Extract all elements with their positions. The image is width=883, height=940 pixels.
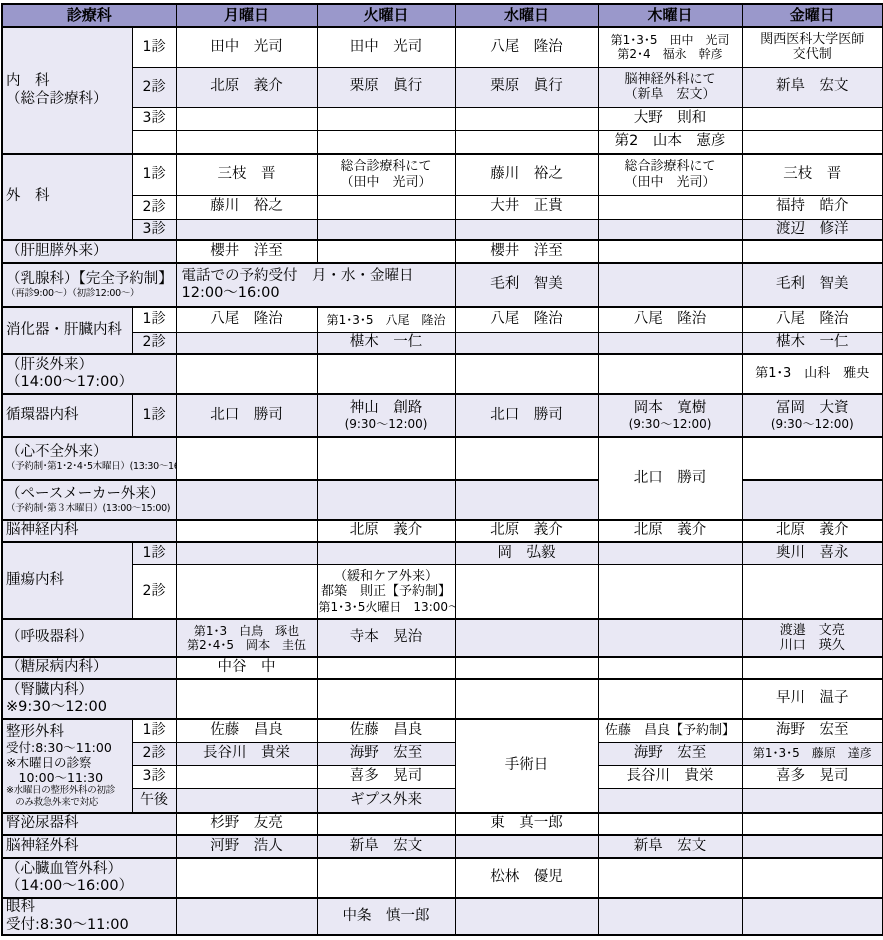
table-row: 2診北原 義介栗原 眞行栗原 眞行脳神経外科にて（新阜 宏文）新阜 宏文 (2, 67, 883, 107)
schedule-cell: 東 真一郎 (455, 813, 598, 835)
schedule-cell: 河野 浩人 (176, 835, 317, 858)
schedule-cell: 三枝 晋 (742, 154, 883, 195)
schedule-cell: 藤川 裕之 (176, 195, 317, 219)
schedule-cell (176, 520, 317, 542)
schedule-cell: 長谷川 貴栄 (598, 765, 742, 788)
cell-line: 第2 山本 憲彦 (600, 133, 741, 150)
schedule-cell (598, 858, 742, 898)
cell-line: 1診 (134, 39, 175, 56)
cell-line: (9:30～12:00) (600, 417, 741, 431)
cell-line: 北原 義介 (319, 522, 454, 539)
schedule-cell: 佐藤 昌良【予約制】 (598, 719, 742, 742)
schedule-cell: 佐藤 昌良 (176, 719, 317, 742)
cell-line: 杉野 友亮 (178, 815, 316, 832)
slot-label-cell: 1診 (132, 27, 176, 67)
cell-line: 第1･3 白鳥 琢也 (178, 624, 316, 638)
cell-line: 交代制 (744, 47, 882, 62)
table-row: 脳神経内科北原 義介北原 義介北原 義介北原 義介 (2, 520, 883, 542)
cell-line: 腫瘍内科 (6, 572, 131, 589)
table-row: 第2 山本 憲彦 (2, 130, 883, 154)
slot-label-cell: 1診 (132, 542, 176, 564)
cell-line: 中谷 中 (178, 659, 316, 676)
cell-line: 岡 弘毅 (457, 545, 597, 562)
schedule-cell: 長谷川 貴栄 (176, 742, 317, 765)
cell-line: 脳神経外科 (6, 838, 175, 855)
cell-line: 新阜 宏文 (319, 838, 454, 855)
schedule-cell (455, 564, 598, 619)
cell-line: 2診 (134, 583, 175, 600)
cell-line: 北口 勝司 (178, 407, 316, 424)
schedule-cell: 藤川 裕之 (455, 154, 598, 195)
table-row: 循環器内科1診北口 勝司神山 創路(9:30～12:00)北口 勝司岡本 寛樹(… (2, 394, 883, 437)
cell-line: 2診 (134, 79, 175, 96)
cell-line: 八尾 隆治 (178, 311, 316, 328)
cell-line: 北原 義介 (744, 522, 882, 539)
cell-line: 椹木 一仁 (744, 334, 882, 351)
cell-line: 東 真一郎 (457, 815, 597, 832)
schedule-cell: 松林 優児 (455, 858, 598, 898)
schedule-cell: 新阜 宏文 (317, 835, 455, 858)
cell-line: 2診 (134, 745, 175, 762)
schedule-cell (598, 354, 742, 394)
department-cell: 消化器・肝臓内科 (2, 307, 132, 354)
cell-line: 長谷川 貴栄 (178, 745, 316, 762)
slot-label-cell: 1診 (132, 394, 176, 437)
cell-line: （心不全外来） (6, 444, 175, 461)
cell-line: 第1･3･5 田中 光司 (600, 33, 741, 47)
cell-line: （田中 光司） (600, 175, 741, 190)
schedule-cell (598, 263, 742, 307)
schedule-cell (742, 813, 883, 835)
cell-line: （乳腺科）【完全予約制】 (6, 271, 175, 288)
schedule-cell: 手術日 (455, 719, 598, 813)
schedule-cell: 第1･3 山科 雅央 (742, 354, 883, 394)
cell-line: 総合診療科にて (319, 159, 454, 174)
cell-line: 総合診療科にて (600, 159, 741, 174)
schedule-cell: 総合診療科にて（田中 光司） (317, 154, 455, 195)
table-row: （肝炎外来）（14:00～17:00）第1･3 山科 雅央 (2, 354, 883, 394)
slot-label-cell (132, 130, 176, 154)
schedule-cell (742, 564, 883, 619)
cell-line: 八尾 隆治 (457, 311, 597, 328)
schedule-cell (598, 898, 742, 935)
table-row: 腎泌尿器科杉野 友亮東 真一郎 (2, 813, 883, 835)
schedule-cell (176, 332, 317, 354)
cell-line: （糖尿病内科） (6, 659, 175, 676)
cell-line: 喜多 晃司 (319, 768, 454, 785)
cell-line: 北原 義介 (457, 522, 597, 539)
schedule-cell (455, 619, 598, 657)
schedule-cell (317, 679, 455, 719)
schedule-cell: 電話での予約受付 月・水・金曜日12:00～16:00 (176, 263, 455, 307)
cell-line: （田中 光司） (319, 175, 454, 190)
cell-line: 3診 (134, 221, 175, 238)
table-row: （ペースメーカー外来）（予約制･第３木曜日）(13:00～15:00) (2, 480, 883, 520)
cell-line: （ペースメーカー外来） (6, 486, 175, 503)
schedule-cell (455, 898, 598, 935)
cell-line: 北口 勝司 (457, 407, 597, 424)
schedule-cell (598, 219, 742, 240)
schedule-cell (455, 480, 598, 520)
cell-line: ※水曜日の整形外科の初診 (6, 785, 131, 796)
schedule-cell: 椹木 一仁 (742, 332, 883, 354)
cell-line: （心臓血管外科） (6, 861, 175, 878)
schedule-cell (317, 240, 455, 263)
cell-line: （予約制･第３木曜日）(13:00～15:00) (6, 503, 175, 514)
slot-label-cell: 2診 (132, 332, 176, 354)
schedule-cell (742, 107, 883, 130)
schedule-cell: 中谷 中 (176, 657, 317, 679)
cell-line: 藤川 裕之 (457, 166, 597, 183)
cell-line: ※9:30～12:00 (6, 699, 175, 716)
cell-line: 八尾 隆治 (600, 311, 741, 328)
slot-label-cell: 午後 (132, 788, 176, 813)
schedule-cell: 北原 義介 (598, 520, 742, 542)
department-cell: （糖尿病内科） (2, 657, 176, 679)
schedule-cell (455, 657, 598, 679)
schedule-cell: 北口 勝司 (176, 394, 317, 437)
schedule-cell: 佐藤 昌良 (317, 719, 455, 742)
cell-line: 神山 創路 (319, 400, 454, 417)
cell-line: ※木曜日の診察 (6, 756, 131, 771)
cell-line: 北原 義介 (178, 78, 316, 95)
schedule-cell (598, 542, 742, 564)
department-cell: 外 科 (2, 154, 132, 240)
department-cell: 眼科受付:8:30～11:00 (2, 898, 176, 935)
schedule-cell: 杉野 友亮 (176, 813, 317, 835)
slot-label-cell: 1診 (132, 719, 176, 742)
column-header: 火曜日 (317, 4, 455, 27)
schedule-cell (742, 657, 883, 679)
schedule-cell (742, 898, 883, 935)
cell-line: 整形外科 (6, 724, 131, 741)
schedule-cell (455, 679, 598, 719)
table-row: 内 科（総合診療科）1診田中 光司田中 光司八尾 隆治第1･3･5 田中 光司第… (2, 27, 883, 67)
cell-line: 大野 則和 (600, 110, 741, 127)
schedule-cell (598, 813, 742, 835)
schedule-cell (742, 130, 883, 154)
cell-line: 第1･3･5 八尾 隆治 (319, 313, 454, 327)
cell-line: 八尾 隆治 (457, 39, 597, 56)
cell-line: 椹木 一仁 (319, 334, 454, 351)
cell-line: 3診 (134, 768, 175, 785)
cell-line: 1診 (134, 722, 175, 739)
department-cell: （肝胆膵外来） (2, 240, 176, 263)
schedule-cell: 八尾 隆治 (455, 307, 598, 332)
cell-line: （呼吸器科） (6, 629, 175, 646)
department-cell: （心臓血管外科）（14:00～16:00） (2, 858, 176, 898)
cell-line: 第2･4･5 岡本 圭伍 (178, 638, 316, 652)
cell-line: 脳神経外科にて (600, 72, 741, 87)
schedule-cell (742, 835, 883, 858)
cell-line: 脳神経内科 (6, 522, 175, 539)
schedule-cell: 田中 光司 (176, 27, 317, 67)
schedule-cell: 第1･3･5 八尾 隆治 (317, 307, 455, 332)
schedule-cell (317, 480, 455, 520)
schedule-cell: 岡 弘毅 (455, 542, 598, 564)
table-row: 脳神経外科河野 浩人新阜 宏文新阜 宏文 (2, 835, 883, 858)
cell-line: （総合診療科） (6, 91, 131, 108)
schedule-cell (317, 437, 455, 480)
cell-line: 海野 宏至 (319, 745, 454, 762)
schedule-cell: 渡辺 修洋 (742, 219, 883, 240)
table-row: 眼科受付:8:30～11:00中条 慎一郎 (2, 898, 883, 935)
schedule-cell: 第1･3 白鳥 琢也第2･4･5 岡本 圭伍 (176, 619, 317, 657)
schedule-cell (455, 835, 598, 858)
schedule-cell (176, 788, 317, 813)
schedule-cell (176, 107, 317, 130)
schedule-cell: 海野 宏至 (598, 742, 742, 765)
schedule-cell: （緩和ケア外来）都築 則正【予約制】第1･3･5火曜日 13:00～ (317, 564, 455, 619)
schedule-cell: 大井 正貴 (455, 195, 598, 219)
slot-label-cell: 2診 (132, 564, 176, 619)
cell-line: （新阜 宏文） (600, 87, 741, 102)
schedule-cell (317, 195, 455, 219)
department-cell: 腎泌尿器科 (2, 813, 176, 835)
cell-line: 田中 光司 (178, 39, 316, 56)
cell-line: 第1･3 山科 雅央 (744, 366, 882, 381)
schedule-cell: 福持 皓介 (742, 195, 883, 219)
cell-line: 毛利 智美 (457, 276, 597, 293)
cell-line: 第2･4 福永 幹彦 (600, 47, 741, 61)
department-cell: 脳神経内科 (2, 520, 176, 542)
cell-line: 栗原 眞行 (319, 78, 454, 95)
schedule-cell: 喜多 晃司 (317, 765, 455, 788)
slot-label-cell: 2診 (132, 742, 176, 765)
cell-line: （再診9:00～）（初診12:00～） (6, 288, 175, 299)
schedule-cell (176, 679, 317, 719)
table-row: （腎臓内科）※9:30～12:00早川 温子 (2, 679, 883, 719)
cell-line: （予約制･第1･2･4･5木曜日）(13:30～16:00) (6, 461, 175, 472)
schedule-cell: ギプス外来 (317, 788, 455, 813)
schedule-cell: 八尾 隆治 (742, 307, 883, 332)
slot-label-cell: 1診 (132, 307, 176, 332)
table-row: （心臓血管外科）（14:00～16:00）松林 優児 (2, 858, 883, 898)
schedule-cell: 海野 宏至 (317, 742, 455, 765)
cell-line: 冨岡 大資 (744, 400, 882, 417)
slot-label-cell: 1診 (132, 154, 176, 195)
schedule-cell: 岡本 寛樹(9:30～12:00) (598, 394, 742, 437)
schedule-cell (455, 130, 598, 154)
schedule-cell (176, 437, 317, 480)
cell-line: 北原 義介 (600, 522, 741, 539)
schedule-cell (176, 480, 317, 520)
cell-line: 新阜 宏文 (744, 78, 882, 95)
cell-line: （14:00～17:00） (6, 374, 175, 391)
cell-line: 岡本 寛樹 (600, 400, 741, 417)
department-cell: （乳腺科）【完全予約制】（再診9:00～）（初診12:00～） (2, 263, 176, 307)
schedule-cell: 田中 光司 (317, 27, 455, 67)
table-row: 2診椹木 一仁椹木 一仁 (2, 332, 883, 354)
schedule-cell (742, 858, 883, 898)
schedule-cell (455, 437, 598, 480)
schedule-cell: 北口 勝司 (598, 437, 742, 520)
schedule-cell: 大野 則和 (598, 107, 742, 130)
schedule-cell: 北原 義介 (455, 520, 598, 542)
slot-label-cell: 3診 (132, 219, 176, 240)
table-row: 3診喜多 晃司長谷川 貴栄喜多 晃司 (2, 765, 883, 788)
schedule-cell: 総合診療科にて（田中 光司） (598, 154, 742, 195)
slot-label-cell: 2診 (132, 195, 176, 219)
schedule-cell (176, 542, 317, 564)
cell-line: 3診 (134, 110, 175, 127)
department-cell: 整形外科受付:8:30～11:00※木曜日の診察 10:00～11:30※水曜日… (2, 719, 132, 813)
schedule-cell: 栗原 眞行 (455, 67, 598, 107)
column-header: 木曜日 (598, 4, 742, 27)
schedule-cell (317, 107, 455, 130)
cell-line: 栗原 眞行 (457, 78, 597, 95)
cell-line: 佐藤 昌良【予約制】 (600, 723, 741, 738)
schedule-cell: 三枝 晋 (176, 154, 317, 195)
schedule-cell (317, 657, 455, 679)
cell-line: 櫻井 洋至 (457, 243, 597, 260)
cell-line: 河野 浩人 (178, 838, 316, 855)
department-cell: 循環器内科 (2, 394, 132, 437)
cell-line: 午後 (134, 792, 175, 809)
cell-line: 外 科 (6, 188, 131, 205)
cell-line: 寺本 晃治 (319, 629, 454, 646)
cell-line: 田中 光司 (319, 39, 454, 56)
cell-line: 佐藤 昌良 (319, 722, 454, 739)
cell-line: 八尾 隆治 (744, 311, 882, 328)
schedule-cell (742, 437, 883, 480)
column-header: 水曜日 (455, 4, 598, 27)
schedule-cell (176, 564, 317, 619)
schedule-cell: 櫻井 洋至 (455, 240, 598, 263)
cell-line: 都築 則正【予約制】 (319, 584, 454, 599)
schedule-cell: 寺本 晃治 (317, 619, 455, 657)
cell-line: 受付:8:30～11:00 (6, 741, 131, 756)
schedule-cell (455, 219, 598, 240)
schedule-cell: 八尾 隆治 (176, 307, 317, 332)
header-row: 診療科月曜日火曜日水曜日木曜日金曜日 (2, 4, 883, 27)
slot-label-cell: 3診 (132, 107, 176, 130)
cell-line: 櫻井 洋至 (178, 243, 316, 260)
column-header: 月曜日 (176, 4, 317, 27)
department-cell: （心不全外来）（予約制･第1･2･4･5木曜日）(13:30～16:00) (2, 437, 176, 480)
cell-line: 第1･3･5 藤原 達彦 (744, 746, 882, 760)
cell-line: 2診 (134, 334, 175, 351)
schedule-cell (742, 240, 883, 263)
cell-line: （緩和ケア外来） (319, 569, 454, 584)
cell-line: 北口 勝司 (600, 470, 741, 487)
schedule-cell (317, 219, 455, 240)
weekly-schedule-table: 診療科月曜日火曜日水曜日木曜日金曜日 内 科（総合診療科）1診田中 光司田中 光… (1, 3, 883, 936)
cell-line: 1診 (134, 311, 175, 328)
cell-line: 藤川 裕之 (178, 198, 316, 215)
schedule-cell: 椹木 一仁 (317, 332, 455, 354)
schedule-cell: 関西医科大学医師交代制 (742, 27, 883, 67)
schedule-cell (598, 564, 742, 619)
cell-line: (9:30～12:00) (319, 417, 454, 431)
cell-line: 三枝 晋 (744, 166, 882, 183)
schedule-cell: 渡邉 文亮川口 瑛久 (742, 619, 883, 657)
cell-line: 佐藤 昌良 (178, 722, 316, 739)
cell-line: 眼科 (6, 899, 175, 916)
table-row: 3診渡辺 修洋 (2, 219, 883, 240)
schedule-cell: 脳神経外科にて（新阜 宏文） (598, 67, 742, 107)
schedule-cell (317, 130, 455, 154)
schedule-cell (598, 195, 742, 219)
table-row: 消化器・肝臓内科1診八尾 隆治第1･3･5 八尾 隆治八尾 隆治八尾 隆治八尾 … (2, 307, 883, 332)
table-row: 外 科1診三枝 晋総合診療科にて（田中 光司）藤川 裕之総合診療科にて（田中 光… (2, 154, 883, 195)
cell-line: （肝胆膵外来） (6, 243, 175, 260)
cell-line: 渡辺 修洋 (744, 221, 882, 238)
table-row: 3診大野 則和 (2, 107, 883, 130)
department-cell: （ペースメーカー外来）（予約制･第３木曜日）(13:00～15:00) (2, 480, 176, 520)
schedule-cell (176, 765, 317, 788)
schedule-cell: 毛利 智美 (742, 263, 883, 307)
column-header: 診療科 (2, 4, 176, 27)
schedule-cell: 冨岡 大資(9:30～12:00) (742, 394, 883, 437)
schedule-cell: 第1･3･5 藤原 達彦 (742, 742, 883, 765)
schedule-cell: 奥川 喜永 (742, 542, 883, 564)
cell-line: 新阜 宏文 (600, 838, 741, 855)
schedule-cell (317, 813, 455, 835)
schedule-cell: 新阜 宏文 (742, 67, 883, 107)
schedule-cell: 北原 義介 (742, 520, 883, 542)
cell-line: 海野 宏至 (744, 722, 882, 739)
cell-line: （腎臓内科） (6, 682, 175, 699)
cell-line: 消化器・肝臓内科 (6, 322, 131, 339)
schedule-cell (317, 354, 455, 394)
table-row: 2診藤川 裕之大井 正貴福持 皓介 (2, 195, 883, 219)
slot-label-cell: 2診 (132, 67, 176, 107)
schedule-cell: 海野 宏至 (742, 719, 883, 742)
schedule-cell (598, 657, 742, 679)
cell-line: 早川 温子 (744, 690, 882, 707)
department-cell: 腫瘍内科 (2, 542, 132, 619)
cell-line: 松林 優児 (457, 869, 597, 886)
cell-line: 第1･3･5火曜日 13:00～ (319, 600, 454, 614)
cell-line: 三枝 晋 (178, 166, 316, 183)
cell-line: 海野 宏至 (600, 745, 741, 762)
schedule-cell (598, 788, 742, 813)
cell-line: 福持 皓介 (744, 198, 882, 215)
cell-line: 手術日 (457, 757, 597, 774)
table-row: （糖尿病内科）中谷 中 (2, 657, 883, 679)
cell-line: 1診 (134, 545, 175, 562)
schedule-cell: 毛利 智美 (455, 263, 598, 307)
cell-line: 奥川 喜永 (744, 545, 882, 562)
schedule-cell (598, 679, 742, 719)
schedule-cell (598, 332, 742, 354)
schedule-cell (598, 619, 742, 657)
schedule-cell: 第2 山本 憲彦 (598, 130, 742, 154)
cell-line: 喜多 晃司 (744, 768, 882, 785)
department-cell: （肝炎外来）（14:00～17:00） (2, 354, 176, 394)
cell-line: 腎泌尿器科 (6, 815, 175, 832)
schedule-cell (176, 354, 317, 394)
department-cell: 脳神経外科 (2, 835, 176, 858)
table-header: 診療科月曜日火曜日水曜日木曜日金曜日 (2, 4, 883, 27)
schedule-cell (176, 219, 317, 240)
schedule-cell: 喜多 晃司 (742, 765, 883, 788)
table-row: （肝胆膵外来）櫻井 洋至櫻井 洋至 (2, 240, 883, 263)
schedule-cell: 早川 温子 (742, 679, 883, 719)
cell-line: 関西医科大学医師 (744, 32, 882, 47)
cell-line: 渡邉 文亮 (744, 623, 882, 638)
schedule-cell: 北原 義介 (176, 67, 317, 107)
cell-line: 電話での予約受付 月・水・金曜日 (182, 268, 454, 285)
schedule-cell: 栗原 眞行 (317, 67, 455, 107)
column-header: 金曜日 (742, 4, 883, 27)
cell-line: 中条 慎一郎 (319, 908, 454, 925)
cell-line: （14:00～16:00） (6, 878, 175, 895)
cell-line: 2診 (134, 199, 175, 216)
table-row: 2診（緩和ケア外来）都築 則正【予約制】第1･3･5火曜日 13:00～ (2, 564, 883, 619)
cell-line: 長谷川 貴栄 (600, 768, 741, 785)
